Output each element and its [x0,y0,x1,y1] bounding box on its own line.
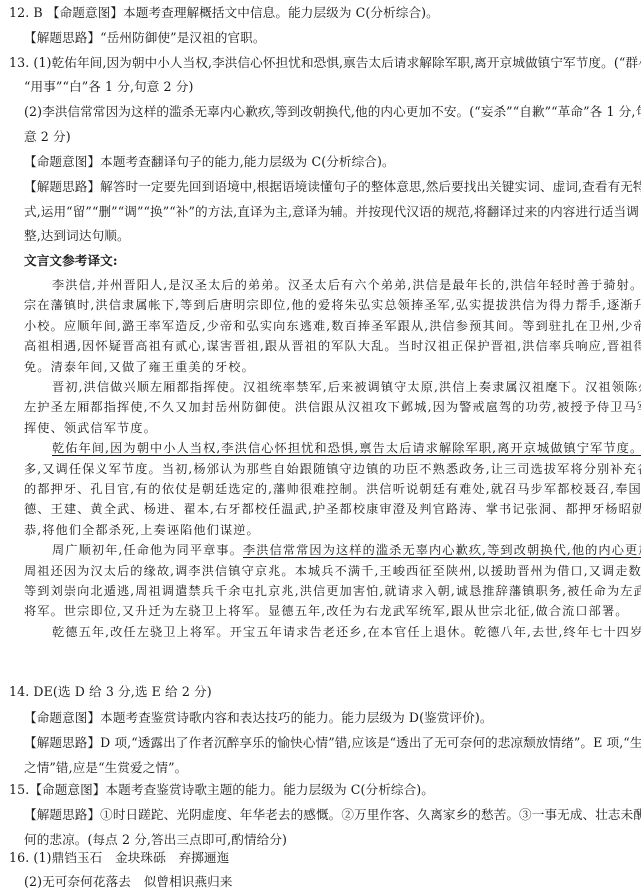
translation-line: 李洪信,并州晋阳人,是汉圣太后的弟弟。汉圣太后有六个弟弟,洪信是最年长的,洪信年… [52,277,641,293]
q12-hint: 【解题思路】“岳州防御使”是汉祖的官职。 [24,30,266,46]
translation-line: 晋初,洪信做兴顺左厢都指挥使。汉祖统率禁军,后来被调镇守太原,洪信上奏隶属汉祖麾… [52,379,641,395]
q13-hint-line3: 整,达到词达句顺。 [24,228,130,244]
q14-hint-line2: 之情”错,应是“生赏爱之情”。 [24,760,187,776]
translation-line: 周祖还因为汉太后的缘故,调李洪信镇守京兆。本城兵不满千,王峻西征至陕州,以援助晋… [24,563,641,579]
translation-line: 小校。应顺年间,潞王率军造反,少帝和弘实向东逃难,数百捧圣军跟从,洪信参预其间。… [24,318,641,334]
translation-line: 乾佑年间,因为朝中小人当权,李洪信心怀担忧和恐惧,禀告太后请求解除军职,离开京城… [52,440,641,456]
translation-line: 等到刘崇向北遁逃,周祖调遣禁兵千余屯扎京兆,洪信更加害怕,就请求入朝,诚恳推辞藩… [24,583,641,599]
translation-heading: 文言文参考译文: [24,253,118,269]
q14-intent: 【命题意图】本题考查鉴赏诗歌内容和表达技巧的能力。能力层级为 D(鉴赏评价)。 [24,710,493,726]
q14-hint-line1: 【解题思路】D 项,“透露出了作者沉醉享乐的愉快心情”错,应该是“透出了无可奈何… [24,735,641,751]
q13-part1-line2: “用事”“白”各 1 分,句意 2 分) [24,79,193,95]
q15-hint-line1: 【解题思路】①时日蹉跎、光阴虚度、年华老去的感慨。②万里作客、久离家乡的愁苦。③… [24,807,641,823]
translation-line: 挥使、领武信军节度。 [24,420,157,436]
q14-answer: 14. DE(选 D 给 3 分,选 E 给 2 分) [9,684,212,700]
translation-line: 高祖相遇,因怀疑晋高祖有贰心,谋害晋祖,跟从晋祖的军队大乱。当时汉祖正保护晋祖,… [24,338,641,354]
q15-hint-line2: 何的悲凉。(每点 2 分,答出三点即可,酌情给分) [24,832,287,848]
q16-part2: (2)无可奈何花落去 似曾相识燕归来 [24,874,233,890]
translation-line: 宗在藩镇时,洪信隶属帐下,等到后唐明宗即位,他的爱将朱弘实总领捧圣军,弘实提拔洪… [24,297,641,313]
q15-intent: 15.【命题意图】本题考查鉴赏诗歌主题的能力。能力层级为 C(分析综合)。 [9,782,434,798]
q13-hint-line2: 式,运用“留”“删”“调”“换”“补”的方法,直译为主,意译为辅。并按现代汉语的… [24,204,639,220]
q12-answer: 12. B 【命题意图】本题考查理解概括文中信息。能力层级为 C(分析综合)。 [9,5,439,21]
translation-line: 德、王建、黄全武、杨进、翟本,右牙都校任温武,护圣都校康审澄及判官路涛、掌书记张… [24,501,641,517]
translation-line: 多,又调任保义军节度。当初,杨邠认为那些自始跟随镇守边镇的功臣不熟悉政务,让三司… [24,461,641,477]
translation-line-head: 周广顺初年,任命他为同平章事。 [52,543,243,557]
translation-line: 左护圣左厢都指挥使,不久又加封岳州防御使。洪信跟从汉祖攻下邺城,因为警戒扈驾的功… [24,399,641,415]
underlined-answer-sentence-1: 乾佑年间,因为朝中小人当权,李洪信心怀担忧和恐惧,禀告太后请求解除军职,离开京城… [52,441,641,455]
q16-part1: 16. (1)鼎铛玉石 金块珠砾 弃掷逦迤 [9,850,229,866]
q13-hint-line1: 【解题思路】解答时一定要先回到语境中,根据语境读懂句子的整体意思,然后要找出关键… [24,179,641,195]
translation-line: 将军。世宗即位,又升迁为左骁卫上将军。显德五年,改任为右龙武军统军,跟从世宗北征… [24,603,629,619]
q13-part1-line1: 13. (1)乾佑年间,因为朝中小人当权,李洪信心怀担忧和恐惧,禀告太后请求解除… [9,55,641,71]
translation-line: 乾德五年,改任左骁卫上将军。开宝五年请求告老还乡,在本官任上退休。乾德八年,去世… [52,624,641,640]
translation-line: 周广顺初年,任命他为同平章事。李洪信常常因为这样的滥杀无辜内心歉疚,等到改朝换代… [52,542,641,558]
q13-part2-line2: 意 2 分) [24,129,71,145]
q13-part2-line1: (2)李洪信常常因为这样的滥杀无辜内心歉疚,等到改朝换代,他的内心更加不安。(“… [24,104,641,120]
translation-line: 免。清泰年间,又做了雍王重美的牙校。 [24,359,255,375]
translation-line: 的都押牙、孔目官,有的依仗是朝廷选定的,藩帅很难控制。洪信听说朝廷有难处,就召马… [24,481,641,497]
translation-line: 恭,将他们全都杀死,上奏诬陷他们谋逆。 [24,522,260,538]
q13-intent: 【命题意图】本题考查翻译句子的能力,能力层级为 C(分析综合)。 [24,154,395,170]
underlined-answer-sentence-2: 李洪信常常因为这样的滥杀无辜内心歉疚,等到改朝换代,他的内心更加不安。 [243,543,641,557]
